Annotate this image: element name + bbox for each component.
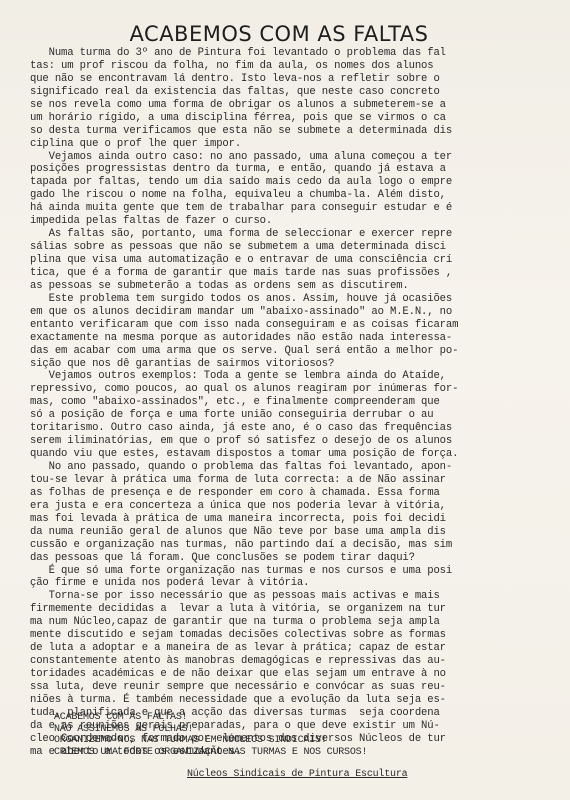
text-line: firmemente decididas a levar a luta à vi… [30,603,535,616]
typewritten-page: ACABEMOS COM AS FALTAS Numa turma do 3º … [0,0,570,800]
text-line: mas, como "abaixo-assinados", etc., e fi… [30,396,535,409]
text-line: cussão e organização nas turmas, não par… [30,539,535,552]
text-line: das pessoas que lá foram. Que conclusões… [30,552,535,565]
text-line: No ano passado, quando o problema das fa… [30,461,535,474]
text-line: mente discutido e sejam tomadas decisões… [30,629,535,642]
text-line: toridades académicas e de não deixar que… [30,668,535,681]
text-line: so desta turma verificamos que esta não … [30,125,535,138]
text-line: Torna-se por isso necessário que as pess… [30,590,535,603]
text-line: ção firme e unida nos poderá levar à vit… [30,577,535,590]
slogan-line: CRIEMOS UMA FORTE ORGANIZAÇÃO NAS TURMAS… [54,747,367,759]
text-line: em que os alunos decidiram mandar um "ab… [30,306,535,319]
text-line: Este problema tem surgido todos os anos.… [30,293,535,306]
text-line: que não se encontravam lá dentro. Isto l… [30,73,535,86]
text-line: mas foi levada à prática de uma maneira … [30,513,535,526]
text-line: só a posição de força e uma forte união … [30,409,535,422]
text-line: se nos revela como uma forma de obrigar … [30,99,535,112]
text-line: niões à turma. É também necessidade que … [30,694,535,707]
signature: Núcleos Sindicais de Pintura Escultura [187,769,407,780]
text-line: das em acabar com uma arma que os serve.… [30,345,535,358]
text-line: era justa e era concerteza a única que n… [30,500,535,513]
text-line: significado real da existencia das falta… [30,86,535,99]
text-line: entanto verificaram que com isso nada co… [30,319,535,332]
text-line: gado lhe riscou o nome na folha, equival… [30,189,535,202]
text-line: há ainda muita gente que tem de trabalha… [30,202,535,215]
text-line: tica, que é a forma de garantir que mais… [30,267,535,280]
text-line: sálias sobre as pessoas que não se subme… [30,241,535,254]
slogan-line: ORGANIZEMO-NOS NAS TURMAS EM NÚCLEOS SIN… [54,735,367,747]
slogan-line: NÃO ASSINEMOS AS FOLHAS! [54,724,367,736]
document-title: ACABEMOS COM AS FALTAS [0,22,564,46]
text-line: ma num Núcleo,capaz de garantir que na t… [30,616,535,629]
text-line: serem iliminatórias, em que o prof só sa… [30,435,535,448]
text-line: Vejamos ainda outro caso: no ano passado… [30,151,535,164]
text-line: sição que nos dê garantias de sairmos vi… [30,358,535,371]
text-line: tou-se levar à prática uma forma de luta… [30,474,535,487]
document-body: Numa turma do 3º ano de Pintura foi leva… [30,47,535,759]
text-line: repressivo, como poucos, ao qual os alun… [30,383,535,396]
slogans-block: ACABEMOS COM AS FALTAS!NÃO ASSINEMOS AS … [54,712,367,758]
text-line: tapada por faltas, tendo um dia saído ma… [30,176,535,189]
text-line: posições progressistas dentro da turma, … [30,163,535,176]
text-line: de luta a adoptar e a maneira de as leva… [30,642,535,655]
text-line: Vejamos outros exemplos: Toda a gente se… [30,370,535,383]
slogan-line: ACABEMOS COM AS FALTAS! [54,712,367,724]
text-line: impedida pelas faltas de fazer o curso. [30,215,535,228]
text-line: ssa luta, deve reunir sempre que necessá… [30,681,535,694]
text-line: exactamente na mesma porque as autoridad… [30,332,535,345]
text-line: As faltas são, portanto, uma forma de se… [30,228,535,241]
text-line: constantemente atento às manobras demagó… [30,655,535,668]
text-line: toritarismo. Outro caso ainda, já este a… [30,422,535,435]
text-line: É que só uma forte organização nas turma… [30,565,535,578]
text-line: as pessoas se submeterão a todas as orde… [30,280,535,293]
text-line: um horário rígido, a uma disciplina férr… [30,112,535,125]
text-line: Numa turma do 3º ano de Pintura foi leva… [30,47,535,60]
text-line: as folhas de presença e de responder em … [30,487,535,500]
text-line: plina que visa uma automatização e o ent… [30,254,535,267]
text-line: tas: um prof riscou da folha, no fim da … [30,60,535,73]
text-line: quando viu que estes, estavam dispostos … [30,448,535,461]
text-line: da numa reunião geral de alunos que Não … [30,526,535,539]
text-line: ciplina que o prof lhe quer impor. [30,138,535,151]
